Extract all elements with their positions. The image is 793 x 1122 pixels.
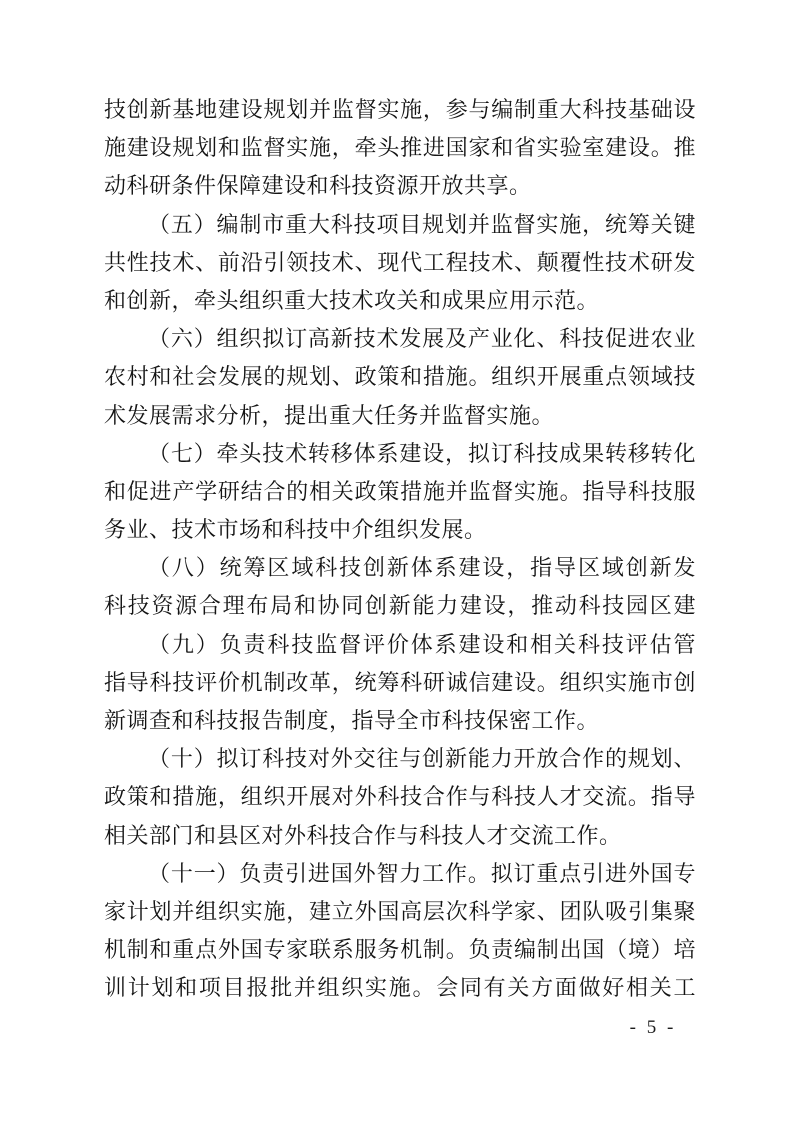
document-page: 技创新基地建设规划并监督实施，参与编制重大科技基础设 施建设规划和监督实施，牵头… bbox=[0, 0, 793, 1122]
text-line: 相关部门和县区对外科技合作与科技人才交流工作。 bbox=[104, 817, 696, 855]
text-line: 施建设规划和监督实施，牵头推进国家和省实验室建设。推 bbox=[104, 129, 696, 167]
text-line: 政策和措施，组织开展对外科技合作与科技人才交流。指导 bbox=[104, 778, 696, 816]
text-line: （五）编制市重大科技项目规划并监督实施，统筹关键 bbox=[104, 206, 696, 244]
text-block: 技创新基地建设规划并监督实施，参与编制重大科技基础设 施建设规划和监督实施，牵头… bbox=[104, 91, 696, 1008]
paragraph-6: （六）组织拟订高新技术发展及产业化、科技促进农业 农村和社会发展的规划、政策和措… bbox=[104, 320, 696, 435]
text-line: （十）拟订科技对外交往与创新能力开放合作的规划、 bbox=[104, 740, 696, 778]
paragraph-10: （十）拟订科技对外交往与创新能力开放合作的规划、 政策和措施，组织开展对外科技合… bbox=[104, 740, 696, 855]
text-line: 技创新基地建设规划并监督实施，参与编制重大科技基础设 bbox=[104, 91, 696, 129]
page-number: - 5 - bbox=[618, 1017, 688, 1039]
text-line: 术发展需求分析，提出重大任务并监督实施。 bbox=[104, 397, 696, 435]
text-line: 农村和社会发展的规划、政策和措施。组织开展重点领域技 bbox=[104, 358, 696, 396]
text-line: 机制和重点外国专家联系服务机制。负责编制出国（境）培 bbox=[104, 931, 696, 969]
paragraph-4-continued: 技创新基地建设规划并监督实施，参与编制重大科技基础设 施建设规划和监督实施，牵头… bbox=[104, 91, 696, 206]
text-line: （七）牵头技术转移体系建设，拟订科技成果转移转化 bbox=[104, 435, 696, 473]
text-line: 指导科技评价机制改革，统筹科研诚信建设。组织实施市创 bbox=[104, 664, 696, 702]
text-line: 和促进产学研结合的相关政策措施并监督实施。指导科技服 bbox=[104, 473, 696, 511]
text-line: 科技资源合理布局和协同创新能力建设，推动科技园区建设。 bbox=[104, 587, 696, 625]
paragraph-9: （九）负责科技监督评价体系建设和相关科技评估管理， 指导科技评价机制改革，统筹科… bbox=[104, 626, 696, 741]
text-line: （九）负责科技监督评价体系建设和相关科技评估管理， bbox=[104, 626, 696, 664]
text-line: 共性技术、前沿引领技术、现代工程技术、颠覆性技术研发 bbox=[104, 244, 696, 282]
paragraph-7: （七）牵头技术转移体系建设，拟订科技成果转移转化 和促进产学研结合的相关政策措施… bbox=[104, 435, 696, 550]
text-line: 动科研条件保障建设和科技资源开放共享。 bbox=[104, 167, 696, 205]
text-line: （十一）负责引进国外智力工作。拟订重点引进外国专 bbox=[104, 855, 696, 893]
text-line: （八）统筹区域科技创新体系建设，指导区域创新发展、 bbox=[104, 549, 696, 587]
paragraph-5: （五）编制市重大科技项目规划并监督实施，统筹关键 共性技术、前沿引领技术、现代工… bbox=[104, 206, 696, 321]
text-line: 训计划和项目报批并组织实施。会同有关方面做好相关工作。 bbox=[104, 969, 696, 1007]
text-line: 家计划并组织实施，建立外国高层次科学家、团队吸引集聚 bbox=[104, 893, 696, 931]
paragraph-8: （八）统筹区域科技创新体系建设，指导区域创新发展、 科技资源合理布局和协同创新能… bbox=[104, 549, 696, 625]
text-line: 新调查和科技报告制度，指导全市科技保密工作。 bbox=[104, 702, 696, 740]
text-line: （六）组织拟订高新技术发展及产业化、科技促进农业 bbox=[104, 320, 696, 358]
paragraph-11: （十一）负责引进国外智力工作。拟订重点引进外国专 家计划并组织实施，建立外国高层… bbox=[104, 855, 696, 1008]
text-line: 务业、技术市场和科技中介组织发展。 bbox=[104, 511, 696, 549]
text-line: 和创新，牵头组织重大技术攻关和成果应用示范。 bbox=[104, 282, 696, 320]
